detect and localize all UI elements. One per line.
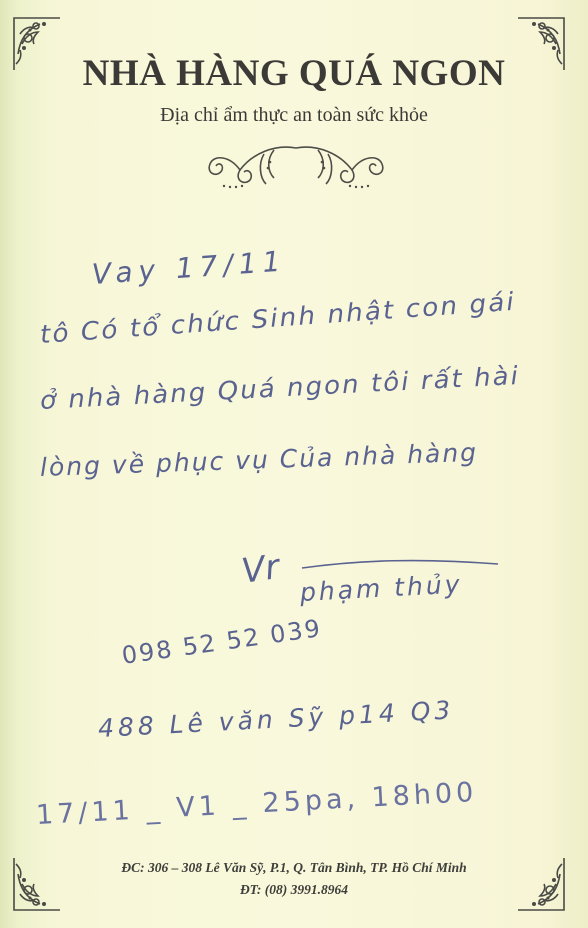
handwritten-line-3: lòng về phục vụ Của nhà hàng	[39, 438, 478, 482]
signature-underline	[300, 552, 500, 572]
handwritten-line-2: ở nhà hàng Quá ngon tôi rất hài	[39, 361, 520, 415]
restaurant-tagline: Địa chỉ ẩm thực an toàn sức khỏe	[0, 104, 588, 127]
handwritten-date: Vay 17/11	[91, 244, 288, 291]
signature-mark: Vr	[239, 547, 281, 592]
handwritten-line-1: tô Có tổ chức Sinh nhật con gái	[39, 287, 517, 349]
signature-name: phạm thủy	[299, 570, 463, 607]
restaurant-name: NHÀ HÀNG QUÁ NGON	[0, 52, 588, 95]
booking-note: 17/11 _ V1 _ 25pa, 18h00	[35, 777, 478, 831]
customer-address: 488 Lê văn Sỹ p14 Q3	[97, 695, 455, 743]
center-flourish-icon	[204, 140, 388, 194]
footer-address: ĐC: 306 – 308 Lê Văn Sỹ, P.1, Q. Tân Bìn…	[0, 860, 588, 876]
footer-phone: ĐT: (08) 3991.8964	[0, 882, 588, 898]
customer-phone: 098 52 52 039	[120, 614, 324, 670]
